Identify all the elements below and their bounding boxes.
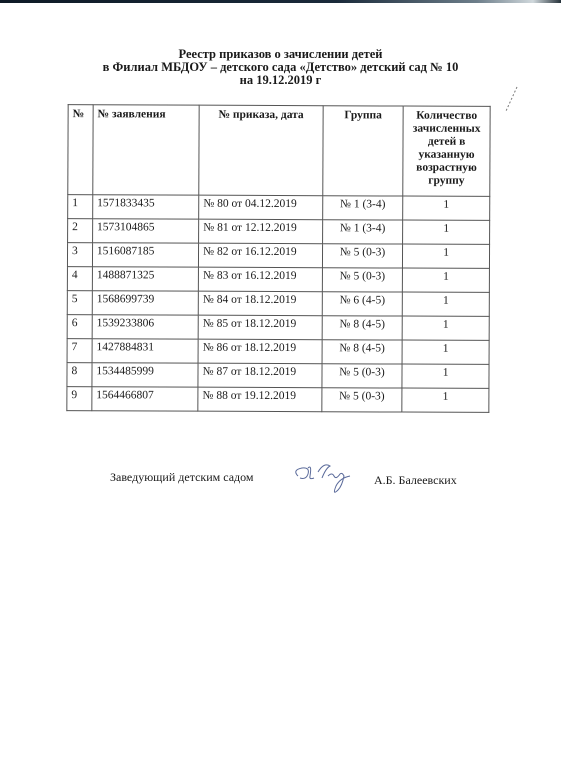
table-row: 41488871325№ 83 от 16.12.2019№ 5 (0-3)1 bbox=[67, 267, 489, 293]
signatory-name: А.Б. Балеевских bbox=[374, 473, 457, 488]
orders-table: № № заявления № приказа, дата Группа Кол… bbox=[66, 104, 490, 413]
signature-icon bbox=[292, 458, 370, 498]
application-number: 1539233806 bbox=[92, 315, 198, 339]
application-number: 1488871325 bbox=[92, 267, 198, 291]
application-number: 1427884831 bbox=[92, 339, 198, 363]
col-header-application: № заявления bbox=[93, 105, 200, 195]
table-row: 71427884831№ 86 от 18.12.2019№ 8 (4-5)1 bbox=[67, 339, 489, 365]
application-number: 1564466807 bbox=[92, 387, 198, 411]
enrolled-count: 1 bbox=[403, 244, 490, 268]
order-number-date: № 87 от 18.12.2019 bbox=[198, 363, 322, 388]
scan-edge bbox=[0, 0, 561, 3]
signatory-role: Заведующий детским садом bbox=[110, 470, 254, 485]
row-number: 6 bbox=[67, 315, 92, 339]
enrolled-count: 1 bbox=[402, 364, 489, 388]
row-number: 7 bbox=[67, 339, 92, 363]
table-row: 51568699739№ 84 от 18.12.2019№ 6 (4-5)1 bbox=[67, 291, 489, 317]
application-number: 1516087185 bbox=[92, 243, 198, 267]
row-number: 9 bbox=[67, 387, 92, 411]
col-header-number: № bbox=[68, 105, 93, 195]
application-number: 1573104865 bbox=[92, 219, 198, 243]
group: № 5 (0-3) bbox=[322, 388, 402, 412]
order-number-date: № 84 от 18.12.2019 bbox=[198, 291, 322, 316]
row-number: 3 bbox=[67, 243, 92, 267]
document-title: Реестр приказов о зачислении детей в Фил… bbox=[0, 48, 561, 87]
table-row: 31516087185№ 82 от 16.12.2019№ 5 (0-3)1 bbox=[67, 243, 489, 269]
col-header-group: Группа bbox=[323, 106, 404, 196]
table-row: 81534485999№ 87 от 18.12.2019№ 5 (0-3)1 bbox=[67, 363, 489, 389]
enrolled-count: 1 bbox=[402, 340, 489, 364]
enrolled-count: 1 bbox=[403, 220, 490, 244]
row-number: 1 bbox=[68, 195, 93, 219]
order-number-date: № 85 от 18.12.2019 bbox=[198, 315, 322, 340]
col-header-count: Количество зачисленных детей в указанную… bbox=[403, 106, 490, 196]
pen-mark-icon bbox=[503, 85, 523, 115]
enrolled-count: 1 bbox=[402, 388, 489, 412]
col-header-order: № приказа, дата bbox=[199, 105, 323, 196]
order-number-date: № 80 от 04.12.2019 bbox=[199, 195, 323, 220]
group: № 1 (3-4) bbox=[322, 220, 402, 244]
group: № 1 (3-4) bbox=[323, 196, 403, 220]
application-number: 1568699739 bbox=[92, 291, 198, 315]
order-number-date: № 88 от 19.12.2019 bbox=[198, 387, 322, 412]
group: № 8 (4-5) bbox=[322, 316, 402, 340]
table-row: 11571833435№ 80 от 04.12.2019№ 1 (3-4)1 bbox=[68, 195, 490, 221]
order-number-date: № 83 от 16.12.2019 bbox=[198, 267, 322, 292]
group: № 8 (4-5) bbox=[322, 340, 402, 364]
order-number-date: № 82 от 16.12.2019 bbox=[199, 243, 323, 268]
enrolled-count: 1 bbox=[402, 316, 489, 340]
table-row: 61539233806№ 85 от 18.12.2019№ 8 (4-5)1 bbox=[67, 315, 489, 341]
title-line-3: на 19.12.2019 г bbox=[0, 74, 561, 87]
table-header-row: № № заявления № приказа, дата Группа Кол… bbox=[68, 105, 490, 197]
application-number: 1534485999 bbox=[92, 363, 198, 387]
enrolled-count: 1 bbox=[403, 196, 490, 220]
enrolled-count: 1 bbox=[403, 268, 490, 292]
group: № 5 (0-3) bbox=[322, 364, 402, 388]
row-number: 4 bbox=[67, 267, 92, 291]
table-row: 21573104865№ 81 от 12.12.2019№ 1 (3-4)1 bbox=[68, 219, 490, 245]
group: № 5 (0-3) bbox=[322, 244, 402, 268]
row-number: 8 bbox=[67, 363, 92, 387]
row-number: 2 bbox=[68, 219, 93, 243]
order-number-date: № 81 от 12.12.2019 bbox=[199, 219, 323, 244]
order-number-date: № 86 от 18.12.2019 bbox=[198, 339, 322, 364]
row-number: 5 bbox=[67, 291, 92, 315]
group: № 6 (4-5) bbox=[322, 292, 402, 316]
enrolled-count: 1 bbox=[402, 292, 489, 316]
table-row: 91564466807№ 88 от 19.12.2019№ 5 (0-3)1 bbox=[67, 387, 489, 413]
application-number: 1571833435 bbox=[93, 195, 199, 219]
group: № 5 (0-3) bbox=[322, 268, 402, 292]
